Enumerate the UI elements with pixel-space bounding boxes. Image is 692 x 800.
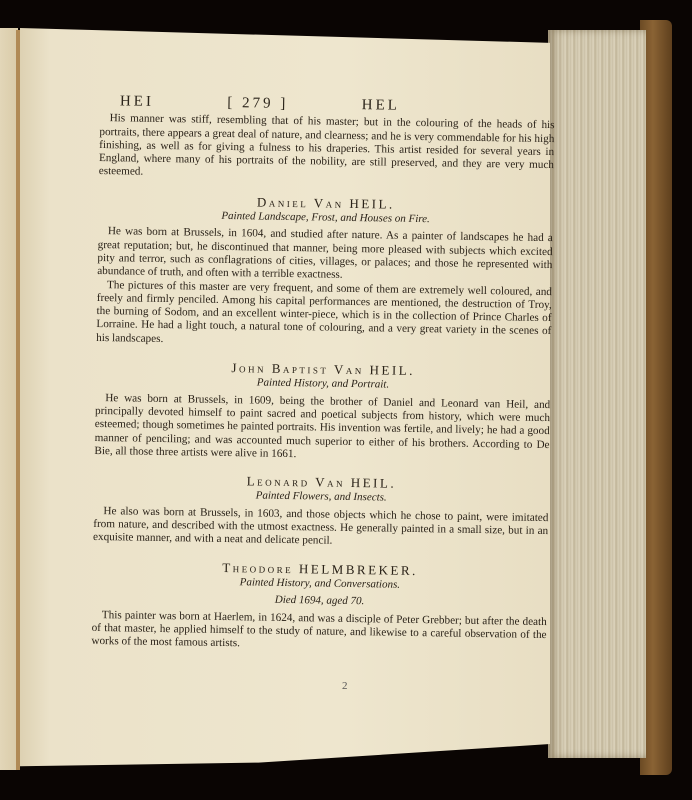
- entry-paragraph: He was born at Brussels, in 1609, being …: [94, 392, 550, 466]
- entry-paragraph: The pictures of this master are very fre…: [96, 279, 552, 353]
- entry-daniel-van-heil: Daniel Van HEIL. Painted Landscape, Fros…: [96, 193, 553, 352]
- entry-paragraph: He was born at Brussels, in 1604, and st…: [97, 225, 553, 285]
- entry-john-baptist-van-heil: John Baptist Van HEIL. Painted History, …: [94, 359, 551, 465]
- page-text: HEI [ 279 ] HEL His manner was stiff, re…: [91, 95, 555, 655]
- entry-paragraph: This painter was born at Haerlem, in 162…: [91, 608, 547, 655]
- entry-leonard-van-heil: Leonard Van HEIL. Painted Flowers, and I…: [93, 472, 549, 552]
- running-head-right: HEL: [362, 99, 400, 113]
- entry-theodore-helmbreker: Theodore HELMBREKER. Painted History, an…: [91, 559, 547, 656]
- page-fore-edge: [548, 30, 646, 758]
- running-head-left: HEI: [120, 95, 154, 109]
- gutter: [16, 30, 20, 770]
- entry-paragraph: He also was born at Brussels, in 1603, a…: [93, 505, 549, 552]
- page-number: [ 279 ]: [227, 97, 288, 111]
- signature-mark: 2: [342, 680, 348, 692]
- intro-paragraph: His manner was stiff, resembling that of…: [99, 112, 555, 186]
